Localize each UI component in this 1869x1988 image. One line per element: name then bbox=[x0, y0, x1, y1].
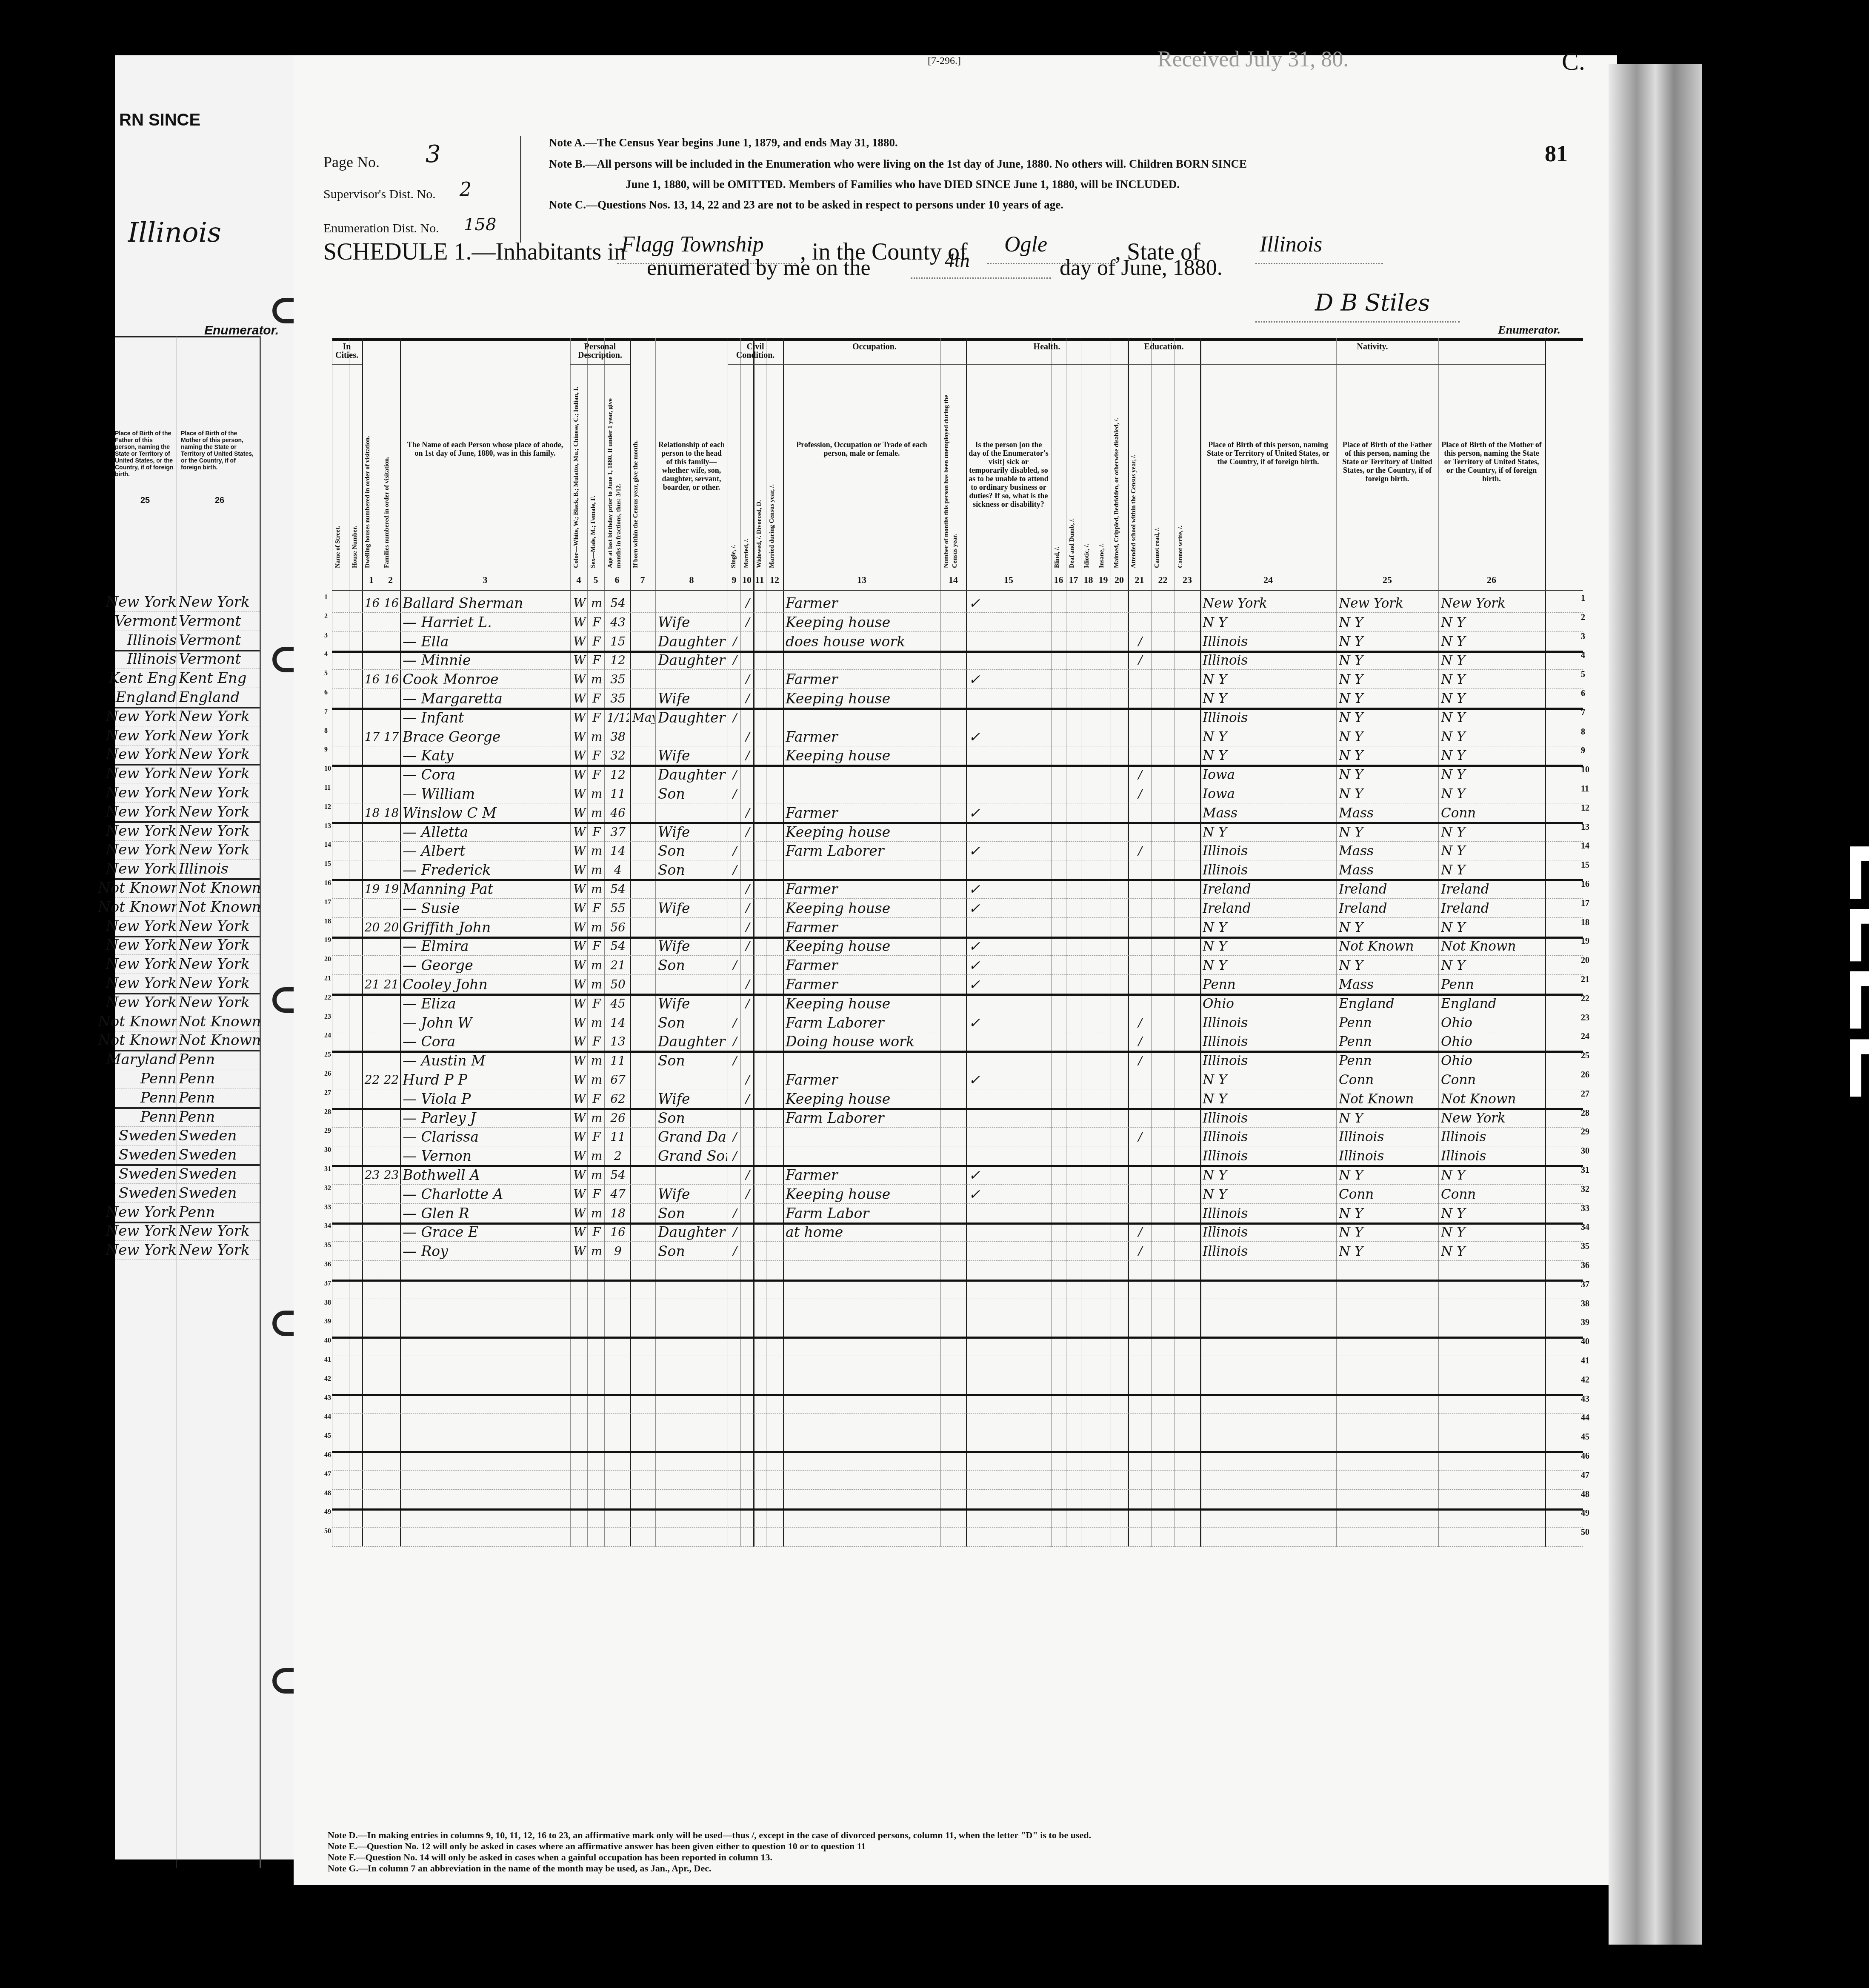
table-row: 66— MargarettaWF35Wife/Keeping houseN YN… bbox=[332, 689, 1583, 710]
column-number: 19 bbox=[1096, 574, 1111, 586]
cell-occ: Farmer bbox=[786, 595, 940, 611]
row-number: 41 bbox=[1581, 1356, 1589, 1366]
cell-fam: 17 bbox=[383, 729, 399, 745]
cell-p24: Penn bbox=[1203, 977, 1335, 993]
divider bbox=[115, 1145, 260, 1145]
cell-name: — Infant bbox=[403, 710, 569, 726]
cell-sex: F bbox=[590, 710, 603, 726]
cell-p25: Penn bbox=[1339, 1015, 1437, 1031]
enumerated-day: 4th bbox=[945, 249, 970, 271]
divider bbox=[1128, 364, 1200, 365]
cell-color: W bbox=[573, 938, 586, 954]
cell-name: Hurd P P bbox=[403, 1072, 569, 1088]
cell-age: 14 bbox=[607, 1015, 629, 1031]
left-cell-c25: New York bbox=[98, 975, 177, 992]
cell-occ: Farm Labor bbox=[786, 1205, 940, 1222]
cell-p26: N Y bbox=[1441, 786, 1544, 802]
table-row-blank: 4545 bbox=[332, 1432, 1583, 1453]
divider bbox=[115, 1031, 260, 1031]
cell-p25: Ireland bbox=[1339, 900, 1437, 917]
row-number: 23 bbox=[324, 1013, 331, 1021]
left-cell-c25: New York bbox=[98, 746, 177, 763]
cell-age: 18 bbox=[607, 1205, 629, 1222]
cell-month: May bbox=[632, 710, 654, 726]
cell-fam: 22 bbox=[383, 1072, 399, 1088]
cell-sex: F bbox=[590, 767, 603, 783]
row-number: 1 bbox=[1581, 594, 1585, 603]
cell-p26: Illinois bbox=[1441, 1129, 1544, 1145]
cell-school: / bbox=[1130, 634, 1150, 650]
cell-p24: Mass bbox=[1203, 805, 1335, 821]
cell-name: — Roy bbox=[403, 1243, 569, 1260]
column-header: Married during Census year, /. bbox=[768, 377, 782, 568]
column-header: Relationship of each person to the head … bbox=[658, 440, 725, 568]
cell-name: — Ella bbox=[403, 634, 569, 650]
cell-sex: m bbox=[590, 1015, 603, 1031]
cell-p24: N Y bbox=[1203, 1091, 1335, 1107]
cell-p24: N Y bbox=[1203, 748, 1335, 764]
cell-color: W bbox=[573, 767, 586, 783]
cell-single: / bbox=[730, 1205, 740, 1222]
divider bbox=[115, 1012, 260, 1012]
left-cell-c26: Penn bbox=[179, 1051, 260, 1068]
cell-name: — William bbox=[403, 786, 569, 802]
cell-age: 11 bbox=[607, 1129, 629, 1145]
cell-single: / bbox=[730, 1224, 740, 1240]
table-row-blank: 4141 bbox=[332, 1356, 1583, 1375]
cell-name: — Charlotte A bbox=[403, 1186, 569, 1203]
note-e: Note E.—Question No. 12 will only be ask… bbox=[328, 1841, 866, 1852]
cell-married: / bbox=[743, 614, 752, 631]
left-cell-c25: Not Known bbox=[98, 1013, 177, 1030]
row-number: 19 bbox=[1581, 937, 1589, 946]
column-header: If born within the Census year, give the… bbox=[632, 377, 654, 568]
cell-color: W bbox=[573, 1243, 586, 1260]
page-no-value: 3 bbox=[426, 140, 441, 168]
table-row: 2424— CoraWF13Daughter/Doing house work/… bbox=[332, 1032, 1583, 1053]
cell-rel: Son bbox=[658, 1015, 727, 1031]
table-row: 1111— WilliamWm11Son//IowaN YN Y bbox=[332, 784, 1583, 803]
cell-p24: N Y bbox=[1203, 957, 1335, 974]
table-row: 31312323Bothwell AWm54/Farmer✓N YN YN Y bbox=[332, 1165, 1583, 1185]
cell-age: 9 bbox=[607, 1243, 629, 1260]
left-cell-c26: Not Known bbox=[179, 880, 260, 897]
cell-dw: 21 bbox=[364, 977, 380, 993]
cell-occ: Keeping house bbox=[786, 824, 940, 840]
cell-name: — Alletta bbox=[403, 824, 569, 840]
cell-married: / bbox=[743, 1167, 752, 1183]
column-header: Widowed, /. Divorced, D. bbox=[755, 377, 765, 568]
table-row: 18182020Griffith JohnWm56/FarmerN YN YN … bbox=[332, 918, 1583, 939]
cell-p25: Not Known bbox=[1339, 938, 1437, 954]
cell-single: / bbox=[730, 634, 740, 650]
table-row: 16161919Manning PatWm54/Farmer✓IrelandIr… bbox=[332, 880, 1583, 899]
left-cell-c26: New York bbox=[179, 746, 260, 763]
cell-p25: N Y bbox=[1339, 614, 1437, 631]
table-row: 3232— Charlotte AWF47Wife/Keeping house✓… bbox=[332, 1185, 1583, 1204]
cell-color: W bbox=[573, 1110, 586, 1126]
cell-age: 47 bbox=[607, 1186, 629, 1203]
group-header-civil: Civil Condition. bbox=[728, 343, 783, 360]
row-number: 5 bbox=[324, 670, 328, 677]
cell-sex: F bbox=[590, 1186, 603, 1203]
cell-p25: Illinois bbox=[1339, 1148, 1437, 1164]
left-cell-c26: England bbox=[179, 689, 260, 706]
page-no-label: Page No. bbox=[323, 153, 380, 171]
divider bbox=[966, 364, 1128, 365]
cell-p24: Illinois bbox=[1203, 1034, 1335, 1050]
cell-rel: Wife bbox=[658, 748, 727, 764]
cell-p24: Illinois bbox=[1203, 652, 1335, 668]
cell-p25: N Y bbox=[1339, 1205, 1437, 1222]
cell-sex: F bbox=[590, 824, 603, 840]
cell-occ: Farmer bbox=[786, 671, 940, 688]
signature-line bbox=[1255, 321, 1460, 323]
cell-school: / bbox=[1130, 1015, 1150, 1031]
row-number: 26 bbox=[1581, 1070, 1589, 1080]
cell-name: Ballard Sherman bbox=[403, 595, 569, 611]
column-number: 20 bbox=[1111, 574, 1128, 586]
row-number: 37 bbox=[1581, 1280, 1589, 1290]
cell-p26: Ireland bbox=[1441, 900, 1544, 917]
row-number: 25 bbox=[1581, 1051, 1589, 1061]
column-header: Married, /. bbox=[742, 377, 752, 568]
column-header: Attended school within the Census year, … bbox=[1129, 377, 1150, 568]
row-number: 3 bbox=[324, 632, 328, 640]
cell-occ: at home bbox=[786, 1224, 940, 1240]
row-number: 5 bbox=[1581, 670, 1585, 680]
divider bbox=[115, 336, 260, 337]
column-number: 24 bbox=[1200, 574, 1336, 586]
cell-married: / bbox=[743, 977, 752, 993]
left-cell-c25: New York bbox=[98, 594, 177, 611]
cell-p25: N Y bbox=[1339, 1110, 1437, 1126]
cell-rel: Son bbox=[658, 957, 727, 974]
left-cell-c26: Kent Eng bbox=[179, 670, 260, 687]
row-number: 18 bbox=[1581, 918, 1589, 928]
divider bbox=[115, 1088, 260, 1088]
cell-rel: Son bbox=[658, 862, 727, 878]
cell-age: 55 bbox=[607, 900, 629, 917]
table-row-blank: 3737 bbox=[332, 1280, 1583, 1299]
divider bbox=[115, 954, 260, 955]
row-number: 13 bbox=[1581, 823, 1589, 832]
cell-single: / bbox=[730, 862, 740, 878]
left-cell-c25: New York bbox=[98, 937, 177, 954]
column-header: Families numbered in order of visitation… bbox=[383, 377, 399, 568]
column-number: 22 bbox=[1151, 574, 1175, 586]
cell-rel: Wife bbox=[658, 824, 727, 840]
cell-p25: N Y bbox=[1339, 786, 1437, 802]
cell-p24: New York bbox=[1203, 595, 1335, 611]
cell-sex: m bbox=[590, 671, 603, 688]
left-cell-c25: Sweden bbox=[98, 1185, 177, 1202]
left-cell-c26: New York bbox=[179, 841, 260, 858]
cell-rel: Wife bbox=[658, 996, 727, 1012]
cell-name: — Clarissa bbox=[403, 1129, 569, 1145]
row-number: 19 bbox=[324, 937, 331, 944]
column-header: Idiotic, /. bbox=[1083, 377, 1095, 568]
cell-p26: N Y bbox=[1441, 1224, 1544, 1240]
cell-p24: Iowa bbox=[1203, 767, 1335, 783]
note-f: Note F.—Question No. 14 will only be ask… bbox=[328, 1852, 772, 1863]
note-a: Note A.—The Census Year begins June 1, 1… bbox=[549, 136, 898, 149]
row-number: 30 bbox=[324, 1146, 331, 1154]
cell-occ: Keeping house bbox=[786, 1186, 940, 1203]
film-reel-text: LLEE bbox=[1838, 779, 1869, 1162]
left-cell-c26: New York bbox=[179, 956, 260, 973]
column-number: 10 bbox=[740, 574, 753, 586]
divider bbox=[1200, 364, 1545, 365]
left-cell-c26: New York bbox=[179, 803, 260, 820]
row-number: 14 bbox=[324, 841, 331, 849]
cell-p25: Mass bbox=[1339, 862, 1437, 878]
cell-p25: N Y bbox=[1339, 1167, 1437, 1183]
cell-color: W bbox=[573, 748, 586, 764]
row-number: 11 bbox=[324, 784, 331, 792]
born-since-fragment: RN SINCE bbox=[119, 111, 200, 130]
cell-p25: N Y bbox=[1339, 1224, 1437, 1240]
cell-p26: N Y bbox=[1441, 634, 1544, 650]
table-row: 26262222Hurd P PWm67/Farmer✓N YConnConn bbox=[332, 1070, 1583, 1089]
divider bbox=[115, 917, 260, 917]
enumeration-label: Enumeration Dist. No. bbox=[323, 221, 439, 236]
left-cell-c25: New York bbox=[98, 956, 177, 973]
film-vendor-label: EASTMAN bbox=[1753, 111, 1847, 757]
cell-name: — Cora bbox=[403, 767, 569, 783]
col26-header: Place of Birth of the Mother of this per… bbox=[181, 430, 257, 471]
cell-age: 12 bbox=[607, 767, 629, 783]
table-row-blank: 3636 bbox=[332, 1261, 1583, 1282]
left-cell-c25: New York bbox=[98, 994, 177, 1011]
day-line bbox=[911, 277, 1051, 279]
cell-p26: New York bbox=[1441, 1110, 1544, 1126]
row-number: 24 bbox=[1581, 1032, 1589, 1042]
cell-p25: N Y bbox=[1339, 634, 1437, 650]
cell-rel: Son bbox=[658, 1205, 727, 1222]
table-row: 2020— GeorgeWm21Son/Farmer✓N YN YN Y bbox=[332, 956, 1583, 975]
column-number: 23 bbox=[1175, 574, 1200, 586]
table-row: 551616Cook MonroeWm35/Farmer✓N YN YN Y bbox=[332, 670, 1583, 689]
left-page-fragment: RN SINCE Illinois Enumerator. Place of B… bbox=[115, 55, 294, 1859]
cell-color: W bbox=[573, 1015, 586, 1031]
column-number: 16 bbox=[1051, 574, 1066, 586]
cell-school: / bbox=[1130, 1129, 1150, 1145]
cell-sex: m bbox=[590, 805, 603, 821]
divider bbox=[728, 364, 783, 365]
left-cell-c25: Sweden bbox=[98, 1165, 177, 1183]
divider bbox=[115, 1126, 260, 1127]
cell-school: / bbox=[1130, 1243, 1150, 1260]
left-cell-c25: New York bbox=[98, 1242, 177, 1259]
row-number: 48 bbox=[324, 1490, 331, 1497]
divider bbox=[115, 802, 260, 803]
cell-age: 54 bbox=[607, 881, 629, 897]
column-number: 9 bbox=[728, 574, 740, 586]
cell-sex: m bbox=[590, 843, 603, 859]
row-number: 20 bbox=[324, 956, 331, 963]
cell-occ: Farmer bbox=[786, 881, 940, 897]
table-row-blank: 4444 bbox=[332, 1413, 1583, 1432]
table-row: 12121818Winslow C MWm46/Farmer✓MassMassC… bbox=[332, 803, 1583, 824]
supervisor-value: 2 bbox=[460, 179, 472, 200]
cell-age: 4 bbox=[607, 862, 629, 878]
cell-sex: F bbox=[590, 748, 603, 764]
cell-age: 45 bbox=[607, 996, 629, 1012]
left-cell-c25: New York bbox=[98, 765, 177, 782]
column-header: Place of Birth of the Mother of this per… bbox=[1441, 440, 1542, 568]
cell-p25: N Y bbox=[1339, 748, 1437, 764]
row-number: 9 bbox=[1581, 746, 1585, 756]
cell-sex: m bbox=[590, 1205, 603, 1222]
divider bbox=[115, 1260, 260, 1260]
cell-p25: Mass bbox=[1339, 977, 1437, 993]
cell-p26: N Y bbox=[1441, 729, 1544, 745]
group-header-education: Education. bbox=[1128, 343, 1200, 351]
column-header: Name of Street. bbox=[334, 377, 348, 568]
left-cell-c25: Not Known bbox=[98, 880, 177, 897]
row-number: 30 bbox=[1581, 1146, 1589, 1156]
cell-p26: Ohio bbox=[1441, 1015, 1544, 1031]
row-number: 45 bbox=[324, 1432, 331, 1440]
cell-sex: m bbox=[590, 977, 603, 993]
cell-p26: N Y bbox=[1441, 1167, 1544, 1183]
table-row: 111616Ballard ShermanWm54/Farmer✓New Yor… bbox=[332, 594, 1583, 613]
cell-age: 67 bbox=[607, 1072, 629, 1088]
row-number: 15 bbox=[1581, 860, 1589, 870]
row-number: 4 bbox=[1581, 651, 1585, 660]
cell-occ: Keeping house bbox=[786, 900, 940, 917]
cell-p24: Illinois bbox=[1203, 710, 1335, 726]
column-divider bbox=[260, 336, 261, 1868]
cell-p26: Not Known bbox=[1441, 1091, 1544, 1107]
cell-rel: Wife bbox=[658, 1091, 727, 1107]
cell-p26: N Y bbox=[1441, 710, 1544, 726]
left-cell-c25: New York bbox=[98, 841, 177, 858]
cell-dw: 16 bbox=[364, 671, 380, 688]
row-number: 10 bbox=[324, 765, 331, 773]
table-row: 2828— Parley JWm26SonFarm LaborerIllinoi… bbox=[332, 1108, 1583, 1128]
state-line bbox=[1255, 263, 1383, 264]
column-number: 18 bbox=[1081, 574, 1096, 586]
cell-age: 35 bbox=[607, 671, 629, 688]
divider bbox=[115, 840, 260, 841]
cell-p25: N Y bbox=[1339, 729, 1437, 745]
table-row: 1515— FrederickWm4Son/IllinoisMassN Y bbox=[332, 860, 1583, 881]
cell-sex: F bbox=[590, 938, 603, 954]
cell-name: Winslow C M bbox=[403, 805, 569, 821]
cell-color: W bbox=[573, 671, 586, 688]
left-cell-c26: New York bbox=[179, 1223, 260, 1240]
left-cell-c25: Penn bbox=[98, 1108, 177, 1125]
row-number: 27 bbox=[1581, 1089, 1589, 1099]
cell-sex: m bbox=[590, 881, 603, 897]
row-number: 44 bbox=[1581, 1413, 1589, 1423]
row-number: 48 bbox=[1581, 1490, 1589, 1500]
cell-color: W bbox=[573, 634, 586, 650]
cell-married: / bbox=[743, 900, 752, 917]
state-fragment: Illinois bbox=[128, 217, 221, 248]
row-number: 29 bbox=[1581, 1127, 1589, 1137]
divider bbox=[115, 726, 260, 726]
group-header-in-cities: In Cities. bbox=[332, 343, 362, 360]
cell-p25: New York bbox=[1339, 595, 1437, 611]
bracket bbox=[520, 136, 521, 243]
table-row-blank: 3838 bbox=[332, 1299, 1583, 1318]
cell-rel: Son bbox=[658, 786, 727, 802]
cell-sick: ✓ bbox=[969, 977, 1050, 993]
cell-name: — Viola P bbox=[403, 1091, 569, 1107]
cell-age: 37 bbox=[607, 824, 629, 840]
cell-p24: Illinois bbox=[1203, 1205, 1335, 1222]
cell-age: 13 bbox=[607, 1034, 629, 1050]
cell-married: / bbox=[743, 595, 752, 611]
cell-school: / bbox=[1130, 1034, 1150, 1050]
row-number: 15 bbox=[324, 860, 331, 868]
row-number: 34 bbox=[324, 1223, 331, 1230]
cell-occ: Keeping house bbox=[786, 996, 940, 1012]
cell-name: — Glen R bbox=[403, 1205, 569, 1222]
table-row: 2323— John WWm14Son/Farm Laborer✓/Illino… bbox=[332, 1013, 1583, 1032]
table-row: 3535— RoyWm9Son//IllinoisN YN Y bbox=[332, 1242, 1583, 1261]
row-number: 43 bbox=[1581, 1394, 1589, 1404]
column-number: 17 bbox=[1066, 574, 1081, 586]
row-number: 33 bbox=[1581, 1204, 1589, 1214]
table-row: 1919— ElmiraWF54Wife/Keeping house✓N YNo… bbox=[332, 937, 1583, 956]
cell-p26: Conn bbox=[1441, 1072, 1544, 1088]
cell-age: 2 bbox=[607, 1148, 629, 1164]
table-row-blank: 4242 bbox=[332, 1375, 1583, 1396]
cell-rel: Son bbox=[658, 1053, 727, 1069]
divider bbox=[115, 859, 260, 860]
cell-sex: F bbox=[590, 1129, 603, 1145]
cell-p24: Illinois bbox=[1203, 634, 1335, 650]
cell-occ: Farmer bbox=[786, 1167, 940, 1183]
cell-name: — Eliza bbox=[403, 996, 569, 1012]
cell-p25: Conn bbox=[1339, 1072, 1437, 1088]
cell-single: / bbox=[730, 710, 740, 726]
cell-sick: ✓ bbox=[969, 881, 1050, 897]
cell-name: — Elmira bbox=[403, 938, 569, 954]
cell-occ: Farmer bbox=[786, 920, 940, 936]
cell-single: / bbox=[730, 1053, 740, 1069]
cell-p25: Ireland bbox=[1339, 881, 1437, 897]
cell-p24: Illinois bbox=[1203, 1243, 1335, 1260]
left-cell-c25: New York bbox=[98, 860, 177, 877]
cell-sick: ✓ bbox=[969, 1072, 1050, 1088]
cell-color: W bbox=[573, 652, 586, 668]
note-b: Note B.—All persons will be included in … bbox=[549, 157, 1247, 171]
cell-sex: F bbox=[590, 1091, 603, 1107]
cell-sex: m bbox=[590, 1053, 603, 1069]
folio-number: 81 bbox=[1545, 140, 1568, 167]
row-number: 32 bbox=[1581, 1185, 1589, 1194]
cell-fam: 21 bbox=[383, 977, 399, 993]
cell-color: W bbox=[573, 920, 586, 936]
left-cell-c25: New York bbox=[98, 708, 177, 725]
table-row: 3030— VernonWm2Grand Son/IllinoisIllinoi… bbox=[332, 1146, 1583, 1167]
left-cell-c25: New York bbox=[98, 918, 177, 935]
cell-p24: Illinois bbox=[1203, 1148, 1335, 1164]
cell-age: 11 bbox=[607, 1053, 629, 1069]
row-number: 1 bbox=[324, 594, 328, 601]
left-cell-c26: New York bbox=[179, 708, 260, 725]
row-number: 39 bbox=[1581, 1318, 1589, 1328]
cell-fam: 16 bbox=[383, 595, 399, 611]
table-row-blank: 3939 bbox=[332, 1318, 1583, 1339]
cell-occ: Farmer bbox=[786, 729, 940, 745]
left-cell-c26: Penn bbox=[179, 1089, 260, 1106]
